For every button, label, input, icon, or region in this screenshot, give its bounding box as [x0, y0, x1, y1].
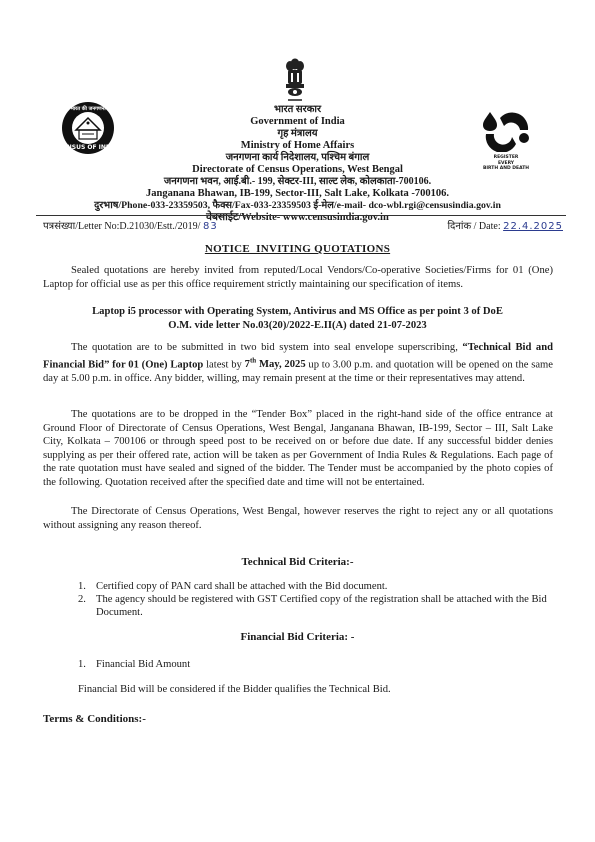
- directorate-english: Directorate of Census Operations, West B…: [0, 164, 595, 176]
- intro-paragraph: Sealed quotations are hereby invited fro…: [43, 264, 553, 291]
- directorate-hindi: जनगणना कार्य निदेशालय, पश्चिम बंगाल: [0, 152, 595, 164]
- due-date: 7th May, 2025: [245, 359, 306, 370]
- govt-hindi: भारत सरकार: [0, 104, 595, 116]
- contact-line: दुरभाष/Phone-033-23359503, फैक्स/Fax-033…: [0, 200, 595, 212]
- ministry-english: Ministry of Home Affairs: [0, 140, 595, 152]
- list-item: 1.Financial Bid Amount: [78, 658, 548, 671]
- letter-date-label: दिनांक / Date:: [447, 221, 500, 232]
- spec-line-2: O.M. vide letter No.03(20)/2022-E.II(A) …: [0, 319, 595, 333]
- letter-number-handwritten: 83: [203, 221, 218, 232]
- ministry-hindi: गृह मंत्रालय: [0, 128, 595, 140]
- spec-line-1: Laptop i5 processor with Operating Syste…: [0, 305, 595, 319]
- address-english: Janganana Bhawan, IB-199, Sector-III, Sa…: [0, 188, 595, 200]
- notice-title: NOTICE INVITING QUOTATIONS: [0, 243, 595, 255]
- financial-criteria-list: 1.Financial Bid Amount: [78, 658, 548, 671]
- letter-number: पत्रसंख्या/Letter No:D.21030/Estt./2019/…: [43, 218, 218, 232]
- bid-submission-paragraph: The quotation are to be submitted in two…: [43, 341, 553, 385]
- financial-criteria-heading: Financial Bid Criteria: -: [0, 631, 595, 643]
- technical-criteria-heading: Technical Bid Criteria:-: [0, 556, 595, 568]
- text: latest by: [203, 359, 244, 370]
- govt-english: Government of India: [0, 116, 595, 128]
- address-hindi: जनगणना भवन, आई.बी.- 199, सेक्टर-III, साल…: [0, 176, 595, 188]
- national-emblem-icon: [282, 58, 308, 104]
- letterhead: भारत सरकार Government of India गृह मंत्र…: [0, 104, 595, 224]
- tender-box-paragraph: The quotations are to be dropped in the …: [43, 408, 553, 489]
- list-item: 1.Certified copy of PAN card shall be at…: [78, 580, 548, 593]
- terms-heading: Terms & Conditions:-: [43, 713, 146, 725]
- letter-number-label: पत्रसंख्या/Letter No:D.21030/Estt./2019/: [43, 221, 200, 232]
- list-item: 2.The agency should be registered with G…: [78, 593, 548, 619]
- header-divider: [36, 215, 566, 216]
- reserve-rights-paragraph: The Directorate of Census Operations, We…: [43, 505, 553, 532]
- laptop-specification: Laptop i5 processor with Operating Syste…: [0, 305, 595, 332]
- letter-date-handwritten: 22.4.2025: [503, 221, 563, 232]
- technical-criteria-list: 1.Certified copy of PAN card shall be at…: [78, 580, 548, 619]
- text: The quotation are to be submitted in two…: [71, 342, 462, 353]
- letter-date: दिनांक / Date: 22.4.2025: [447, 218, 563, 232]
- financial-note: Financial Bid will be considered if the …: [78, 683, 548, 697]
